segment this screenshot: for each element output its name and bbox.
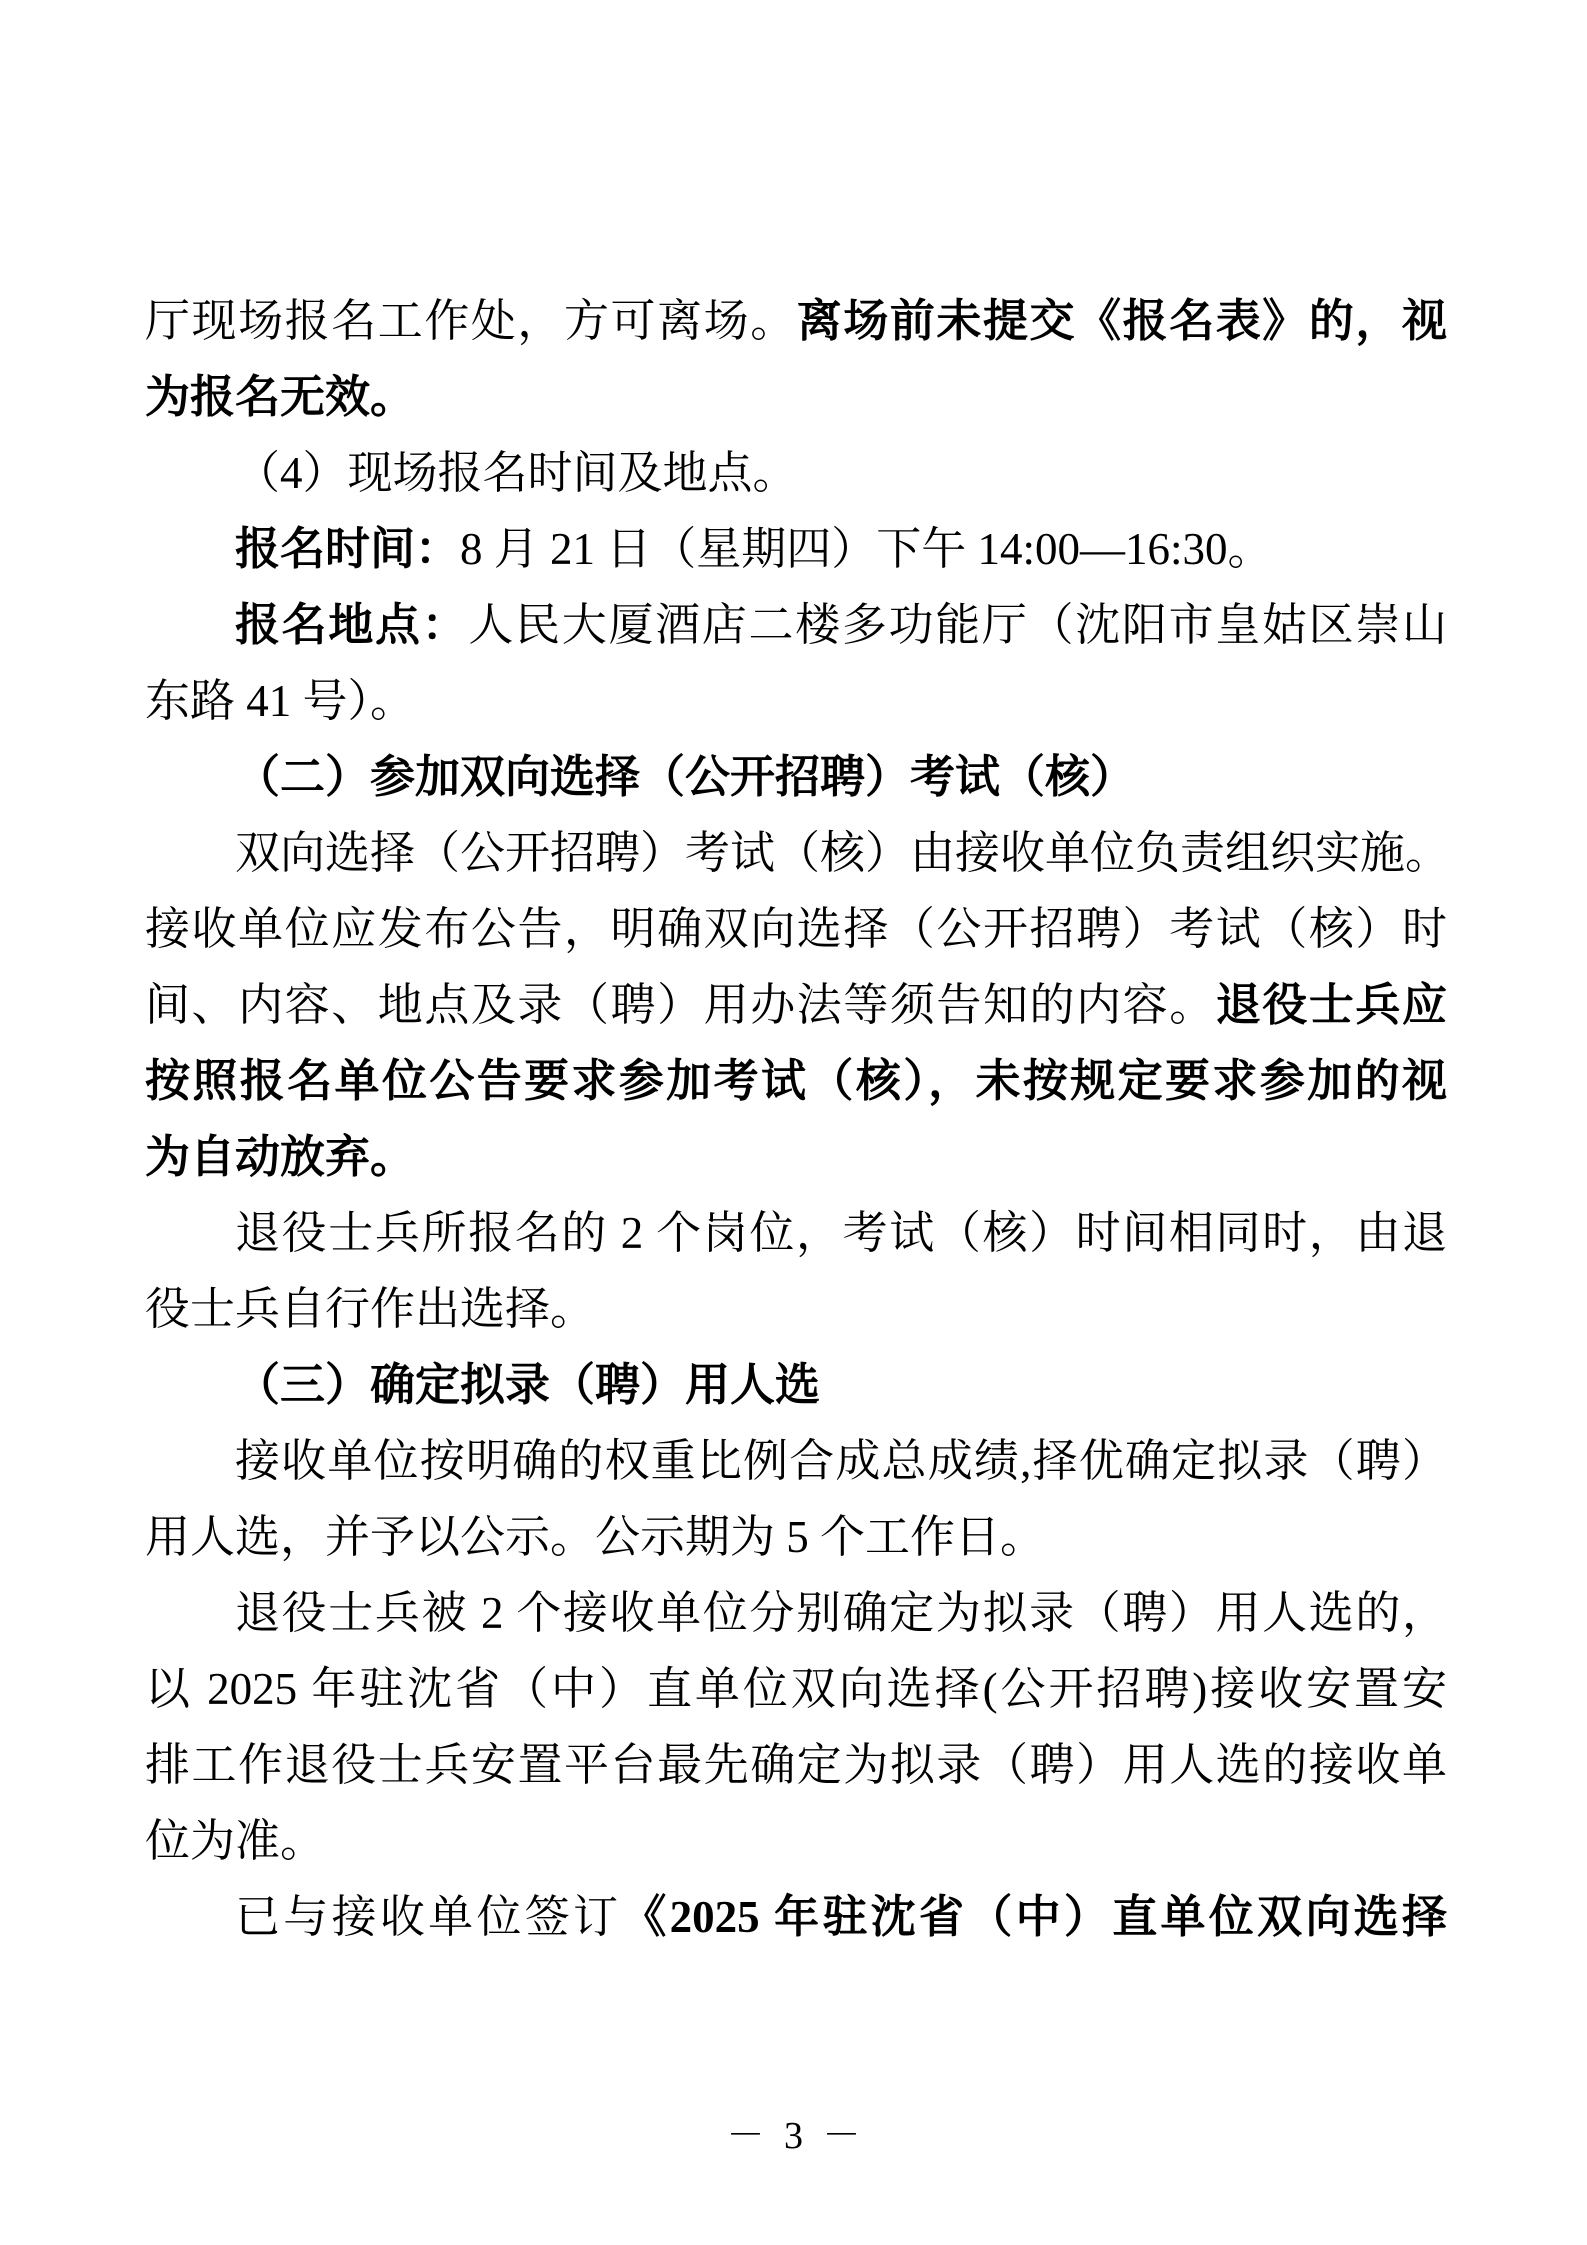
text-line: （4）现场报名时间及地点。 (145, 435, 1447, 511)
text-line: 役士兵自行作出选择。 (145, 1271, 1447, 1347)
text-segment: 位为准。 (145, 1816, 325, 1866)
text-segment: 接收单位按明确的权重比例合成总成绩,择优确定拟录（聘） (235, 1436, 1447, 1486)
text-line: （二）参加双向选择（公开招聘）考试（核） (145, 739, 1447, 815)
text-segment: 用人选，并予以公示。公示期为 5 个工作日。 (145, 1512, 1045, 1562)
text-line: 为报名无效。 (145, 359, 1447, 435)
text-segment: 8 月 21 日（星期四）下午 14:00—16:30。 (460, 524, 1273, 574)
text-segment: 《2025 年驻沈省（中）直单位双向选择 (621, 1892, 1447, 1942)
text-line: 位为准。 (145, 1803, 1447, 1879)
text-segment: 接收单位应发布公告，明确双向选择（公开招聘）考试（核）时 (145, 904, 1447, 954)
text-line: 报名地点：人民大厦酒店二楼多功能厅（沈阳市皇姑区崇山 (145, 587, 1447, 663)
text-line: 用人选，并予以公示。公示期为 5 个工作日。 (145, 1499, 1447, 1575)
text-segment: 离场前未提交《报名表》的，视 (797, 296, 1447, 346)
text-line: 双向选择（公开招聘）考试（核）由接收单位负责组织实施。 (145, 815, 1447, 891)
text-segment: 役士兵自行作出选择。 (145, 1284, 595, 1334)
text-segment: 为自动放弃。 (145, 1132, 415, 1182)
text-line: 退役士兵被 2 个接收单位分别确定为拟录（聘）用人选的， (145, 1575, 1447, 1651)
text-line: 间、内容、地点及录（聘）用办法等须告知的内容。退役士兵应 (145, 967, 1447, 1043)
text-line: 按照报名单位公告要求参加考试（核），未按规定要求参加的视 (145, 1043, 1447, 1119)
text-segment: 按照报名单位公告要求参加考试（核），未按规定要求参加的视 (145, 1056, 1447, 1106)
text-segment: 为报名无效。 (145, 372, 415, 422)
text-segment: （二）参加双向选择（公开招聘）考试（核） (235, 752, 1135, 802)
text-line: 已与接收单位签订《2025 年驻沈省（中）直单位双向选择 (145, 1879, 1447, 1955)
text-segment: 间、内容、地点及录（聘）用办法等须告知的内容。 (145, 980, 1216, 1030)
text-line: 排工作退役士兵安置平台最先确定为拟录（聘）用人选的接收单 (145, 1727, 1447, 1803)
text-segment: 双向选择（公开招聘）考试（核）由接收单位负责组织实施。 (235, 828, 1450, 878)
text-segment: 人民大厦酒店二楼多功能厅（沈阳市皇姑区崇山 (468, 600, 1447, 650)
text-segment: 排工作退役士兵安置平台最先确定为拟录（聘）用人选的接收单 (145, 1740, 1447, 1790)
text-segment: 退役士兵应 (1216, 980, 1447, 1030)
text-segment: 已与接收单位签订 (235, 1892, 621, 1942)
text-segment: 退役士兵被 2 个接收单位分别确定为拟录（聘）用人选的， (235, 1588, 1447, 1638)
text-segment: 报名时间： (235, 524, 460, 574)
text-segment: （4）现场报名时间及地点。 (235, 448, 798, 498)
document-body: 厅现场报名工作处，方可离场。离场前未提交《报名表》的，视为报名无效。（4）现场报… (145, 283, 1447, 1955)
text-segment: 报名地点： (235, 600, 468, 650)
text-segment: 厅现场报名工作处，方可离场。 (145, 296, 797, 346)
text-segment: （三）确定拟录（聘）用人选 (235, 1360, 820, 1410)
text-segment: 退役士兵所报名的 2 个岗位，考试（核）时间相同时，由退 (235, 1208, 1447, 1258)
text-line: 报名时间：8 月 21 日（星期四）下午 14:00—16:30。 (145, 511, 1447, 587)
text-segment: 以 2025 年驻沈省（中）直单位双向选择(公开招聘)接收安置安 (145, 1664, 1447, 1714)
text-line: 退役士兵所报名的 2 个岗位，考试（核）时间相同时，由退 (145, 1195, 1447, 1271)
page-footer: － 3 － (0, 2112, 1587, 2160)
text-line: 以 2025 年驻沈省（中）直单位双向选择(公开招聘)接收安置安 (145, 1651, 1447, 1727)
document-page: 厅现场报名工作处，方可离场。离场前未提交《报名表》的，视为报名无效。（4）现场报… (0, 0, 1587, 2245)
text-line: （三）确定拟录（聘）用人选 (145, 1347, 1447, 1423)
text-line: 接收单位按明确的权重比例合成总成绩,择优确定拟录（聘） (145, 1423, 1447, 1499)
text-line: 厅现场报名工作处，方可离场。离场前未提交《报名表》的，视 (145, 283, 1447, 359)
text-line: 接收单位应发布公告，明确双向选择（公开招聘）考试（核）时 (145, 891, 1447, 967)
text-segment: 东路 41 号）。 (145, 676, 415, 726)
text-line: 为自动放弃。 (145, 1119, 1447, 1195)
text-line: 东路 41 号）。 (145, 663, 1447, 739)
page-number: － 3 － (726, 2115, 860, 2157)
